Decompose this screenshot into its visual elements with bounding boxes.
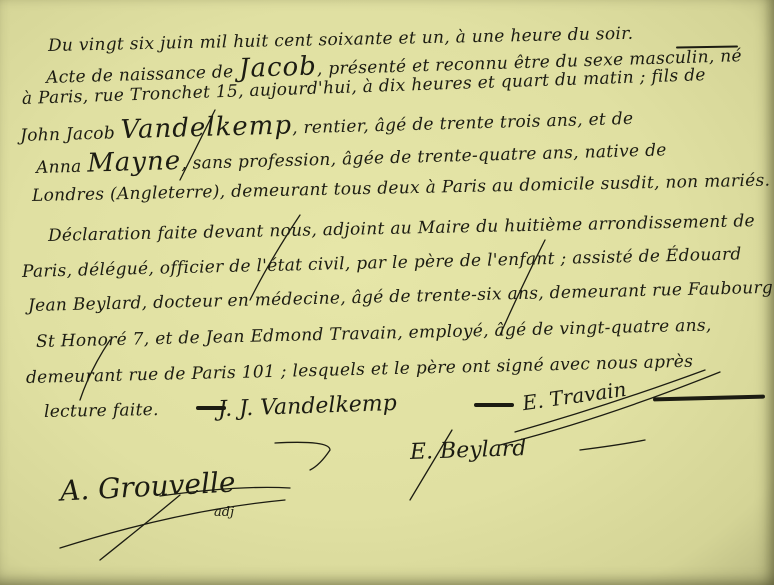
signature-officer-paraph: adj xyxy=(214,505,234,520)
signature-travain: E. Travain xyxy=(521,377,628,415)
birth-record-page: Du vingt six juin mil huit cent soixante… xyxy=(0,0,774,585)
record-line-text: Paris, délégué, officier de l'état civil… xyxy=(22,244,742,282)
signature-text: E. Beylard xyxy=(410,436,527,465)
record-line-text: John Jacob xyxy=(20,123,115,146)
signature-text: E. Travain xyxy=(521,377,628,415)
father-surname: Vandelkemp xyxy=(120,110,292,145)
record-line-text: St Honoré 7, et de Jean Edmond Travain, … xyxy=(36,315,712,352)
signature-beylard: E. Beylard xyxy=(410,436,527,465)
signature-text: J. J. Vandelkemp xyxy=(218,391,398,422)
record-line-10: St Honoré 7, et de Jean Edmond Travain, … xyxy=(36,315,712,352)
signature-text: A. Grouvelle xyxy=(59,465,236,507)
record-line-text: Jean Beylard, docteur en médecine, âgé d… xyxy=(28,278,774,316)
signature-rule-middle xyxy=(474,403,514,407)
record-line-9: Jean Beylard, docteur en médecine, âgé d… xyxy=(28,278,774,316)
signature-officer: A. Grouvelle xyxy=(59,465,236,507)
record-line-text: Déclaration faite devant nous, adjoint a… xyxy=(48,211,755,246)
record-line-text: lecture faite. xyxy=(44,400,159,422)
record-line-text: , sans profession, âgée de trente-quatre… xyxy=(181,140,667,174)
signature-rule-right xyxy=(653,395,765,402)
record-line-text: Anna xyxy=(36,157,82,178)
record-line-12: lecture faite. xyxy=(44,400,159,422)
record-line-7: Déclaration faite devant nous, adjoint a… xyxy=(48,211,755,246)
record-line-8: Paris, délégué, officier de l'état civil… xyxy=(22,244,742,282)
signature-text: adj xyxy=(214,505,234,520)
signature-father: J. J. Vandelkemp xyxy=(218,391,398,422)
mother-surname: Mayne xyxy=(87,146,182,179)
